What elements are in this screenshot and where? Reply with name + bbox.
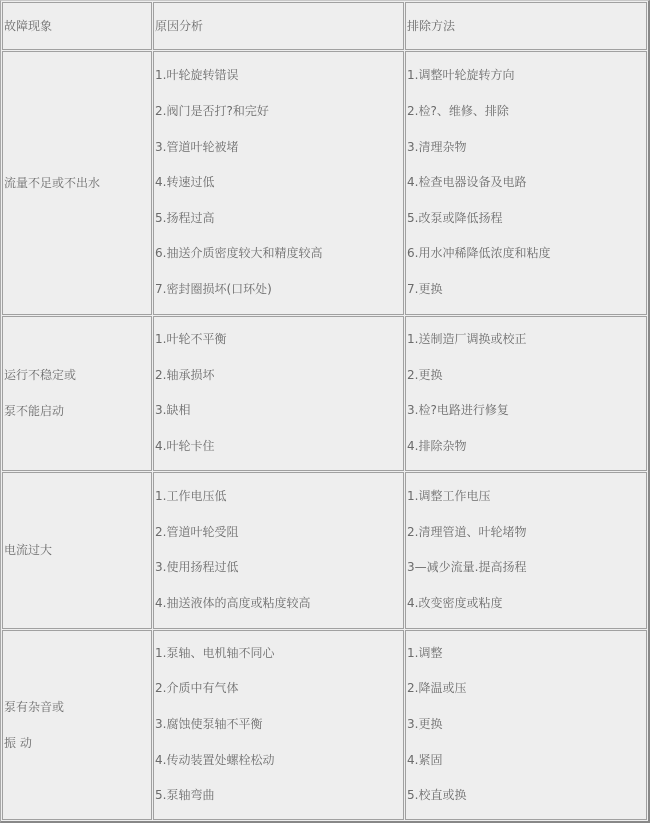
cause-item: 2.阀门是否打?和完好 (155, 94, 403, 130)
cause-item: 1.叶轮旋转错误 (155, 58, 403, 94)
cause-item: 4.抽送液体的高度或粘度较高 (155, 586, 403, 622)
remedy-item: 4.改变密度或粘度 (407, 586, 646, 622)
symptom-text: 泵不能启动 (4, 393, 151, 429)
table-header-row: 故障现象 原因分析 排除方法 (2, 2, 647, 50)
remedy-item: 1.调整工作电压 (407, 479, 646, 515)
symptom-cell: 泵有杂音或 振 动 (2, 630, 152, 821)
symptom-text: 流量不足或不出水 (4, 165, 151, 201)
header-remedy: 排除方法 (405, 2, 647, 50)
symptom-text: 振 动 (4, 725, 151, 761)
remedy-item: 4.检查电器设备及电路 (407, 165, 646, 201)
cause-cell: 1.叶轮不平衡 2.轴承损坏 3.缺相 4.叶轮卡住 (153, 316, 404, 471)
table-row: 泵有杂音或 振 动 1.泵轴、电机轴不同心 2.介质中有气体 3.腐蚀使泵轴不平… (2, 630, 647, 821)
symptom-cell: 运行不稳定或 泵不能启动 (2, 316, 152, 471)
header-cause: 原因分析 (153, 2, 404, 50)
header-symptom-label: 故障现象 (4, 19, 52, 33)
symptom-text: 泵有杂音或 (4, 689, 151, 725)
cause-cell: 1.叶轮旋转错误 2.阀门是否打?和完好 3.管道叶轮被堵 4.转速过低 5.扬… (153, 51, 404, 315)
cause-item: 3.使用扬程过低 (155, 550, 403, 586)
symptom-text: 运行不稳定或 (4, 357, 151, 393)
remedy-item: 3.清理杂物 (407, 130, 646, 166)
cause-item: 1.泵轴、电机轴不同心 (155, 636, 403, 672)
cause-item: 2.管道叶轮受阻 (155, 515, 403, 551)
remedy-item: 5.改泵或降低扬程 (407, 201, 646, 237)
header-cause-label: 原因分析 (155, 19, 203, 33)
cause-item: 6.抽送介质密度较大和精度较高 (155, 236, 403, 272)
remedy-item: 4.排除杂物 (407, 429, 646, 465)
header-remedy-label: 排除方法 (407, 19, 455, 33)
symptom-cell: 电流过大 (2, 472, 152, 628)
table-row: 运行不稳定或 泵不能启动 1.叶轮不平衡 2.轴承损坏 3.缺相 4.叶轮卡住 … (2, 316, 647, 471)
remedy-item: 3—减少流量.提高扬程 (407, 550, 646, 586)
cause-item: 4.传动装置处螺栓松动 (155, 743, 403, 779)
cause-item: 3.缺相 (155, 393, 403, 429)
cause-item: 3.管道叶轮被堵 (155, 130, 403, 166)
remedy-cell: 1.调整工作电压 2.清理管道、叶轮堵物 3—减少流量.提高扬程 4.改变密度或… (405, 472, 647, 628)
remedy-item: 7.更换 (407, 272, 646, 308)
symptom-text: 电流过大 (4, 532, 151, 568)
cause-item: 4.转速过低 (155, 165, 403, 201)
remedy-item: 5.校直或换 (407, 778, 646, 814)
remedy-item: 1.送制造厂调换或校正 (407, 322, 646, 358)
cause-item: 4.叶轮卡住 (155, 429, 403, 465)
remedy-cell: 1.送制造厂调换或校正 2.更换 3.检?电路进行修复 4.排除杂物 (405, 316, 647, 471)
cause-item: 5.扬程过高 (155, 201, 403, 237)
cause-item: 1.叶轮不平衡 (155, 322, 403, 358)
remedy-item: 2.更换 (407, 358, 646, 394)
header-symptom: 故障现象 (2, 2, 152, 50)
cause-item: 7.密封圈损坏(口环处) (155, 272, 403, 308)
remedy-item: 1.调整 (407, 636, 646, 672)
cause-item: 2.轴承损坏 (155, 358, 403, 394)
symptom-cell: 流量不足或不出水 (2, 51, 152, 315)
cause-item: 1.工作电压低 (155, 479, 403, 515)
cause-item: 2.介质中有气体 (155, 671, 403, 707)
remedy-item: 3.更换 (407, 707, 646, 743)
cause-cell: 1.泵轴、电机轴不同心 2.介质中有气体 3.腐蚀使泵轴不平衡 4.传动装置处螺… (153, 630, 404, 821)
cause-item: 5.泵轴弯曲 (155, 778, 403, 814)
pump-fault-table: 故障现象 原因分析 排除方法 流量不足或不出水 1.叶轮旋转错误 2.阀门是否打… (0, 0, 650, 823)
remedy-cell: 1.调整 2.降温或压 3.更换 4.紧固 5.校直或换 (405, 630, 647, 821)
table-row: 电流过大 1.工作电压低 2.管道叶轮受阻 3.使用扬程过低 4.抽送液体的高度… (2, 472, 647, 628)
remedy-item: 4.紧固 (407, 743, 646, 779)
remedy-cell: 1.调整叶轮旋转方向 2.检?、维修、排除 3.清理杂物 4.检查电器设备及电路… (405, 51, 647, 315)
cause-item: 3.腐蚀使泵轴不平衡 (155, 707, 403, 743)
remedy-item: 2.清理管道、叶轮堵物 (407, 515, 646, 551)
cause-cell: 1.工作电压低 2.管道叶轮受阻 3.使用扬程过低 4.抽送液体的高度或粘度较高 (153, 472, 404, 628)
remedy-item: 1.调整叶轮旋转方向 (407, 58, 646, 94)
remedy-item: 2.降温或压 (407, 671, 646, 707)
remedy-item: 3.检?电路进行修复 (407, 393, 646, 429)
remedy-item: 2.检?、维修、排除 (407, 94, 646, 130)
table-row: 流量不足或不出水 1.叶轮旋转错误 2.阀门是否打?和完好 3.管道叶轮被堵 4… (2, 51, 647, 315)
remedy-item: 6.用水冲稀降低浓度和粘度 (407, 236, 646, 272)
